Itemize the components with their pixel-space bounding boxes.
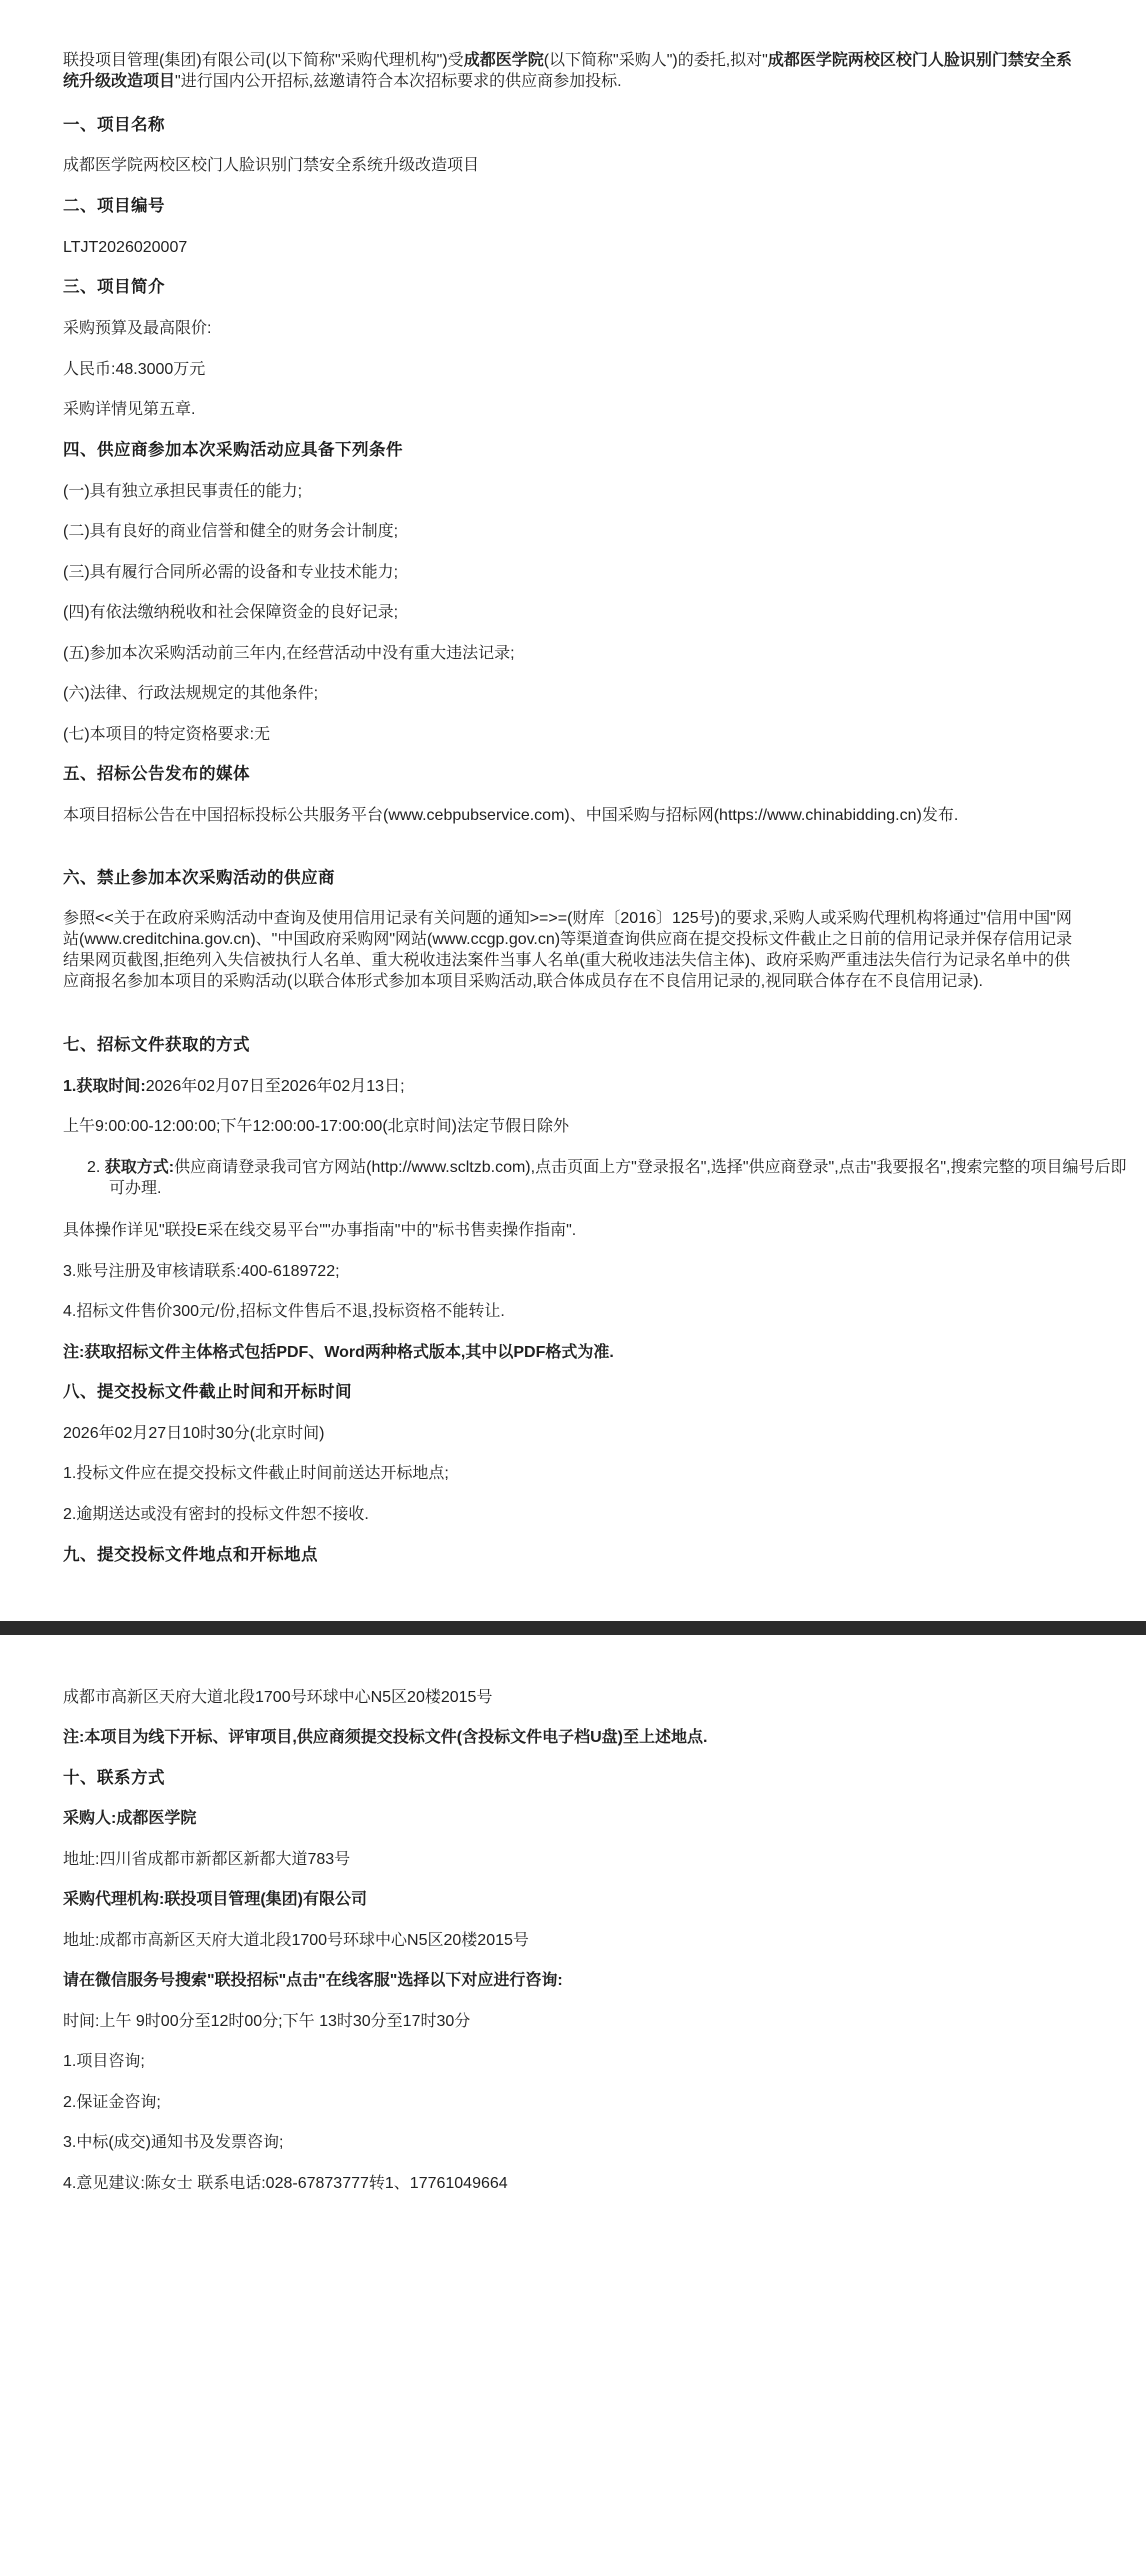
consult-item: 1.项目咨询;: [63, 2051, 1083, 2072]
consult-item: 4.意见建议:陈女士 联系电话:028-67873777转1、177610496…: [63, 2173, 1083, 2194]
media-paragraph: 本项目招标公告在中国招标投标公共服务平台(www.cebpubservice.c…: [63, 805, 1083, 826]
intro-text: 联投项目管理(集团)有限公司(以下简称"采购代理机构")受: [63, 52, 464, 69]
purchaser-contact: 采购人:成都医学院: [63, 1808, 1083, 1829]
agency-address: 地址:成都市高新区天府大道北段1700号环球中心N5区20楼2015号: [63, 1930, 1083, 1951]
consult-item: 2.保证金咨询;: [63, 2092, 1083, 2113]
credit-paragraph: 参照<<关于在政府采购活动中查询及使用信用记录有关问题的通知>=>=(财库〔20…: [63, 908, 1083, 992]
budget-detail: 采购详情见第五章.: [63, 399, 1083, 420]
section-title-6: 六、禁止参加本次采购活动的供应商: [63, 868, 1083, 889]
purchaser-address: 地址:四川省成都市新都区新都大道783号: [63, 1849, 1083, 1870]
acquisition-time-label: 1.获取时间:: [63, 1078, 146, 1095]
section-title-10: 十、联系方式: [63, 1768, 1083, 1789]
section-title-2: 二、项目编号: [63, 196, 1083, 217]
section-title-4: 四、供应商参加本次采购活动应具备下列条件: [63, 440, 1083, 461]
deadline-rule: 1.投标文件应在提交投标文件截止时间前送达开标地点;: [63, 1463, 1083, 1484]
operation-guide: 具体操作详见"联投E采在线交易平台""办事指南"中的"标书售卖操作指南".: [63, 1220, 1083, 1241]
intro-text: (以下简称"采购人")的委托,拟对": [544, 52, 768, 69]
condition-item: (六)法律、行政法规规定的其他条件;: [63, 683, 1083, 704]
format-note: 注:获取招标文件主体格式包括PDF、Word两种格式版本,其中以PDF格式为准.: [63, 1342, 1083, 1363]
bid-location-note: 注:本项目为线下开标、评审项目,供应商须提交投标文件(含投标文件电子档U盘)至上…: [63, 1727, 1083, 1748]
section-title-7: 七、招标文件获取的方式: [63, 1035, 1083, 1056]
section-title-1: 一、项目名称: [63, 115, 1083, 136]
budget-amount: 人民币:48.3000万元: [63, 359, 1083, 380]
acquisition-hours: 上午9:00:00-12:00:00;下午12:00:00-17:00:00(北…: [63, 1116, 1083, 1137]
list-number: 2.: [87, 1159, 100, 1176]
section-title-8: 八、提交投标文件截止时间和开标时间: [63, 1382, 1083, 1403]
acquisition-method-label: 获取方式:: [105, 1159, 174, 1176]
document-page-top: 联投项目管理(集团)有限公司(以下简称"采购代理机构")受成都医学院(以下简称"…: [0, 0, 1146, 1621]
document-price: 4.招标文件售价300元/份,招标文件售后不退,投标资格不能转让.: [63, 1301, 1083, 1322]
document-page-bottom: 成都市高新区天府大道北段1700号环球中心N5区20楼2015号 注:本项目为线…: [0, 1635, 1146, 2572]
bid-location-address: 成都市高新区天府大道北段1700号环球中心N5区20楼2015号: [63, 1687, 1083, 1708]
agency-contact: 采购代理机构:联投项目管理(集团)有限公司: [63, 1889, 1083, 1910]
project-name: 成都医学院两校区校门人脸识别门禁安全系统升级改造项目: [63, 155, 1083, 176]
condition-item: (七)本项目的特定资格要求:无: [63, 724, 1083, 745]
acquisition-time: 1.获取时间:2026年02月07日至2026年02月13日;: [63, 1076, 1083, 1097]
condition-item: (五)参加本次采购活动前三年内,在经营活动中没有重大违法记录;: [63, 643, 1083, 664]
condition-item: (一)具有独立承担民事责任的能力;: [63, 481, 1083, 502]
acquisition-time-value: 2026年02月07日至2026年02月13日;: [146, 1078, 405, 1095]
condition-item: (二)具有良好的商业信誉和健全的财务会计制度;: [63, 521, 1083, 542]
condition-item: (三)具有履行合同所必需的设备和专业技术能力;: [63, 562, 1083, 583]
acquisition-method-value: 供应商请登录我司官方网站(http://www.scltzb.com),点击页面…: [109, 1159, 1126, 1197]
purchaser-name: 成都医学院: [464, 52, 544, 69]
wechat-instruction: 请在微信服务号搜索"联投招标"点击"在线客服"选择以下对应进行咨询:: [63, 1970, 1083, 1991]
section-title-9: 九、提交投标文件地点和开标地点: [63, 1545, 1083, 1566]
page-divider: [0, 1621, 1146, 1635]
intro-paragraph: 联投项目管理(集团)有限公司(以下简称"采购代理机构")受成都医学院(以下简称"…: [63, 50, 1083, 92]
section-title-5: 五、招标公告发布的媒体: [63, 764, 1083, 785]
deadline-rule: 2.逾期送达或没有密封的投标文件恕不接收.: [63, 1504, 1083, 1525]
registration-contact: 3.账号注册及审核请联系:400-6189722;: [63, 1261, 1083, 1282]
budget-label: 采购预算及最高限价:: [63, 318, 1083, 339]
intro-text: "进行国内公开招标,兹邀请符合本次招标要求的供应商参加投标.: [175, 73, 622, 90]
bid-deadline: 2026年02月27日10时30分(北京时间): [63, 1423, 1083, 1444]
section-title-3: 三、项目简介: [63, 277, 1083, 298]
consult-hours: 时间:上午 9时00分至12时00分;下午 13时30分至17时30分: [63, 2011, 1083, 2032]
condition-item: (四)有依法缴纳税收和社会保障资金的良好记录;: [63, 602, 1083, 623]
project-number: LTJT2026020007: [63, 237, 1083, 258]
consult-item: 3.中标(成交)通知书及发票咨询;: [63, 2132, 1083, 2153]
acquisition-method: 2. 获取方式:供应商请登录我司官方网站(http://www.scltzb.c…: [63, 1157, 1129, 1199]
